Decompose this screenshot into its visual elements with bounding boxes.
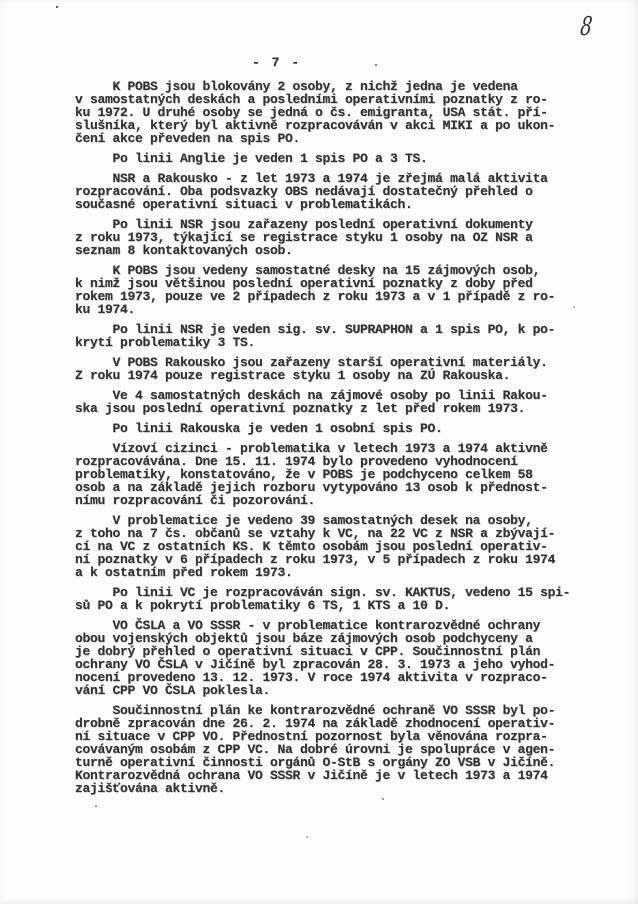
paragraph: Po linii NSR jsou zařazeny poslední oper… — [75, 218, 605, 257]
paragraph: V problematice je vedeno 39 samostatných… — [75, 514, 605, 579]
paragraph: V POBS Rakousko jsou zařazeny starší ope… — [75, 356, 605, 382]
document-page: 8 - 7 - K POBS jsou blokovány 2 osoby, z… — [0, 0, 638, 904]
paragraph: Po linii Rakouska je veden 1 osobní spis… — [75, 422, 605, 435]
paragraph: K POBS jsou vedeny samostatné desky na 1… — [75, 264, 605, 316]
paragraph: K POBS jsou blokovány 2 osoby, z nichž j… — [75, 80, 605, 145]
paragraph: Po linii NSR je veden sig. sv. SUPRAPHON… — [75, 323, 605, 349]
paragraph: Ve 4 samostatných deskách na zájmové oso… — [75, 389, 605, 415]
paragraph: Po linii Anglie je veden 1 spis PO a 3 T… — [75, 152, 605, 165]
paragraph: Po linii VC je rozpracováván sign. sv. K… — [75, 586, 605, 612]
paragraph: NSR a Rakousko - z let 1973 a 1974 je zř… — [75, 172, 605, 211]
document-body: K POBS jsou blokovány 2 osoby, z nichž j… — [75, 80, 605, 802]
paragraph: Součinnostní plán ke kontrarozvědné ochr… — [75, 704, 605, 795]
scan-noise — [0, 0, 2, 2]
page-number: - 7 - — [252, 55, 301, 70]
handwritten-page-number: 8 — [579, 12, 594, 42]
paragraph: VO ČSLA a VO SSSR - v problematice kontr… — [75, 619, 605, 697]
paragraph: Vízoví cizinci - problematika v letech 1… — [75, 442, 605, 507]
